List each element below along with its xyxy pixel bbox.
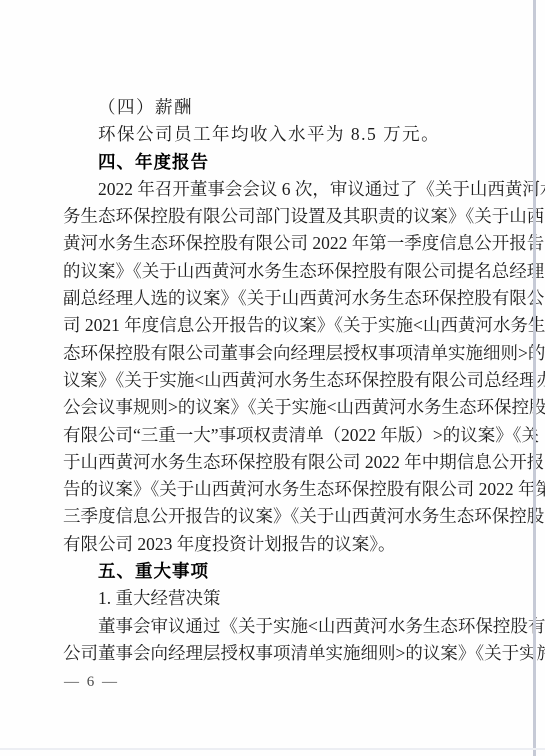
text-line: 有限公司“三重一大”事项权责清单（2022 年版）>的议案》《关 <box>63 422 483 449</box>
text-line: 公司董事会向经理层授权事项清单实施细则>的议案》《关于实施 <box>63 640 483 667</box>
text-line: 司 2021 年度信息公开报告的议案》《关于实施<山西黄河水务生 <box>63 312 483 339</box>
scan-edge-bottom-line <box>0 748 545 750</box>
page-number: — 6 — <box>64 674 119 691</box>
text-line: 副总经理人选的议案》《关于山西黄河水务生态环保控股有限公 <box>63 285 483 312</box>
subheading-major-decisions: 1. 重大经营决策 <box>63 585 483 612</box>
text-line: 于山西黄河水务生态环保控股有限公司 2022 年中期信息公开报 <box>63 449 483 476</box>
section-heading-annual-report: 四、年度报告 <box>63 149 483 176</box>
text-line: 三季度信息公开报告的议案》《关于山西黄河水务生态环保控股 <box>63 503 483 530</box>
text-line: 议案》《关于实施<山西黄河水务生态环保控股有限公司总经理办 <box>63 367 483 394</box>
text-line: 态环保控股有限公司董事会向经理层授权事项清单实施细则>的 <box>63 340 483 367</box>
section-heading-major-matters: 五、重大事项 <box>63 558 483 585</box>
text-line: 有限公司 2023 年度投资计划报告的议案》。 <box>63 531 483 558</box>
subheading-salary: （四）薪酬 <box>63 94 483 121</box>
text-line: 的议案》《关于山西黄河水务生态环保控股有限公司提名总经理、 <box>63 258 483 285</box>
text-line: 环保公司员工年均收入水平为 8.5 万元。 <box>63 121 483 148</box>
text-line: 务生态环保控股有限公司部门设置及其职责的议案》《关于山西 <box>63 203 483 230</box>
document-text-block: （四）薪酬 环保公司员工年均收入水平为 8.5 万元。 四、年度报告 2022 … <box>63 94 483 667</box>
text-line: 2022 年召开董事会会议 6 次，审议通过了《关于山西黄河水 <box>63 176 483 203</box>
text-line: 告的议案》《关于山西黄河水务生态环保控股有限公司 2022 年第 <box>63 476 483 503</box>
text-line: 黄河水务生态环保控股有限公司 2022 年第一季度信息公开报告 <box>63 230 483 257</box>
document-page: （四）薪酬 环保公司员工年均收入水平为 8.5 万元。 四、年度报告 2022 … <box>0 0 545 756</box>
text-line: 公会议事规则>的议案》《关于实施<山西黄河水务生态环保控股 <box>63 394 483 421</box>
text-line: 董事会审议通过《关于实施<山西黄河水务生态环保控股有限 <box>63 613 483 640</box>
scan-edge-line <box>533 0 536 756</box>
